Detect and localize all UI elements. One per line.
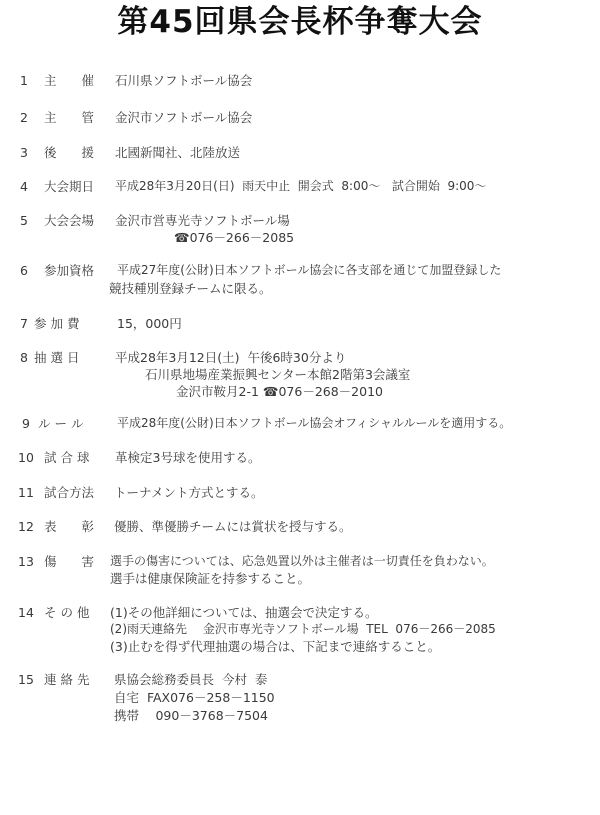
item-label: ル ー ル bbox=[38, 415, 83, 432]
item-value: 革検定3号球を使用する。 bbox=[115, 449, 260, 466]
item-label: 連 絡 先 bbox=[44, 671, 89, 688]
item-value-cont: 選手は健康保険証を持参すること。 bbox=[110, 570, 310, 587]
contact-name: 県協会総務委員長 今村 泰 bbox=[114, 671, 267, 688]
item-number: 2 bbox=[20, 109, 28, 126]
item-label: そ の 他 bbox=[44, 604, 89, 621]
item-label: 試 合 球 bbox=[44, 449, 89, 466]
item-number: 7 bbox=[20, 315, 28, 332]
item-label: 主 催 bbox=[44, 72, 94, 89]
item-value: 平成28年3月20日(日) 雨天中止 開会式 8:00〜 試合開始 9:00〜 bbox=[115, 178, 486, 195]
draw-venue-address: 金沢市鞍月2-1 ☎076－268－2010 bbox=[176, 383, 383, 400]
item-label: 試合方法 bbox=[44, 484, 94, 501]
item-number: 13 bbox=[18, 553, 34, 570]
item-value: (1)その他詳細については、抽選会で決定する。 bbox=[110, 604, 377, 621]
item-label: 大会会場 bbox=[44, 212, 94, 229]
item-value-cont: 競技種別登録チームに限る。 bbox=[109, 280, 272, 297]
item-label: 主 管 bbox=[44, 109, 94, 126]
proxy-draw-note: (3)止むを得ず代理抽選の場合は、下記まで連絡すること。 bbox=[110, 638, 440, 655]
item-number: 14 bbox=[18, 604, 34, 621]
document-title: 第45回県会長杯争奪大会 bbox=[0, 2, 600, 42]
contact-fax: 自宅 FAX076－258－1150 bbox=[114, 689, 275, 706]
venue-phone: ☎076－266－2085 bbox=[174, 229, 294, 246]
item-label: 抽 選 日 bbox=[34, 349, 79, 366]
item-number: 10 bbox=[18, 449, 34, 466]
item-value: 選手の傷害については、応急処置以外は主催者は一切責任を負わない。 bbox=[110, 553, 494, 570]
item-number: 4 bbox=[20, 178, 28, 195]
item-value: 石川県ソフトボール協会 bbox=[115, 72, 252, 89]
item-label: 後 援 bbox=[44, 144, 94, 161]
item-number: 15 bbox=[18, 671, 34, 688]
item-value: 優勝、準優勝チームには賞状を授与する。 bbox=[114, 518, 352, 535]
rain-contact: (2)雨天連絡先 金沢市専光寺ソフトボール場 TEL 076－266－2085 bbox=[110, 621, 496, 638]
item-number: 8 bbox=[20, 349, 28, 366]
item-label: 表 彰 bbox=[44, 518, 94, 535]
item-value: トーナメント方式とする。 bbox=[114, 484, 264, 501]
item-value: 平成27年度(公財)日本ソフトボール協会に各支部を通じて加盟登録した bbox=[117, 262, 501, 279]
item-value: 平成28年度(公財)日本ソフトボール協会オフィシャルルールを適用する。 bbox=[117, 415, 511, 432]
contact-mobile: 携帯 090－3768－7504 bbox=[114, 707, 268, 724]
item-value: 金沢市ソフトボール協会 bbox=[115, 109, 252, 126]
item-number: 6 bbox=[20, 262, 28, 279]
item-number: 5 bbox=[20, 212, 28, 229]
item-number: 1 bbox=[20, 72, 28, 89]
item-value: 北國新聞社、北陸放送 bbox=[115, 144, 240, 161]
item-label: 傷 害 bbox=[44, 553, 94, 570]
item-number: 3 bbox=[20, 144, 28, 161]
item-label: 大会期日 bbox=[44, 178, 94, 195]
item-number: 12 bbox=[18, 518, 34, 535]
item-number: 9 bbox=[22, 415, 30, 432]
item-label: 参 加 費 bbox=[34, 315, 79, 332]
draw-venue: 石川県地場産業振興センター本館2階第3会議室 bbox=[145, 366, 410, 383]
item-number: 11 bbox=[18, 484, 34, 501]
item-value: 15，000円 bbox=[117, 315, 182, 332]
item-value: 金沢市営専光寺ソフトボール場 bbox=[115, 212, 290, 229]
item-value: 平成28年3月12日(土) 午後6時30分より bbox=[115, 349, 346, 366]
item-label: 参加資格 bbox=[44, 262, 94, 279]
